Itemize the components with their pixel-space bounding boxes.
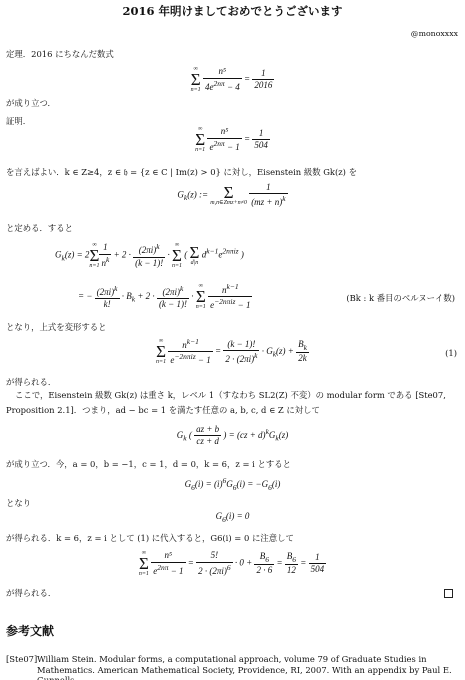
modular-text-1: ここで，Eisenstein 級数 Gk(z) は重さ k，レベル 1（すなわち… [15,390,446,401]
theorem-holds: が成り立つ． [6,98,56,109]
equation-g6-zero: G6(i) = 0 [0,511,465,524]
theorem-intro: 定理．2016 にちなんだ数式 [6,49,114,60]
becomes-text: となり [6,498,31,509]
equation-expand-1: Gk(z) = 2∞Σn=11nk + 2 · (2πi)k(k − 1)! ·… [55,242,244,269]
reference-entry: William Stein. Modular forms, a computat… [37,654,457,680]
equation-theorem: ∞Σn=1 n⁵4e2nπ − 4 = 12016 [0,66,465,93]
definition-text: と定める．すると [6,223,73,234]
goal-text: を言えばよい．k ∈ Z≥4，z ∈ 𝔥 = {z ∈ C | Im(z) > … [6,167,357,178]
proof-label: 証明． [6,116,31,127]
modular-text-2: Proposition 2.1]．つまり，ad − bc = 1 を満たす任意の… [6,405,320,416]
obtained-text-1: が得られる． [6,377,56,388]
page-title: 2016 年明けましておめでとうございます [0,4,465,18]
equation-g6: G6(i) = (i)6G6(i) = −G6(i) [0,476,465,492]
obtained-text-2: が得られる． [6,588,56,599]
references-heading: 参考文献 [6,624,54,639]
equation-goal: ∞Σn=1 n⁵e2nπ − 1 = 1504 [0,126,465,153]
equation-1: ∞Σn=1 nk−1e−2nπiz − 1 = (k − 1)!2 · (2πi… [0,337,465,367]
qed-square-icon [444,589,453,598]
transform-text: となり，上式を変形すると [6,322,107,333]
author-handle: @monoxxxx [411,29,458,39]
equation-expand-2: = − (2πi)kk! · Bk + 2 · (2πi)k(k − 1)! ·… [78,282,252,312]
bernoulli-note: (Bk : k 番目のベルヌーイ数) [346,293,455,304]
substitute-text: が成り立つ．今，a = 0，b = −1，c = 1，d = 0，k = 6，z… [6,459,291,470]
equation-modular: Gk ( az + bcz + d ) = (cz + d)kGk(z) [0,424,465,448]
equation-final: ∞Σn=1 n⁵e2nπ − 1 = 5!2 · (2πi)6 · 0 + B6… [0,550,465,577]
reference-label: [Ste07] [6,654,37,665]
equation-number: (1) [445,348,457,359]
equation-definition: Gk(z) := Σm,n∈Zmz+n≠0 1(mz + n)k [0,182,465,209]
plug-text: が得られる．k = 6，z = i として (1) に代入すると，G6(i) =… [6,533,294,544]
sum-symbol: ∞Σn=1 [191,66,201,93]
